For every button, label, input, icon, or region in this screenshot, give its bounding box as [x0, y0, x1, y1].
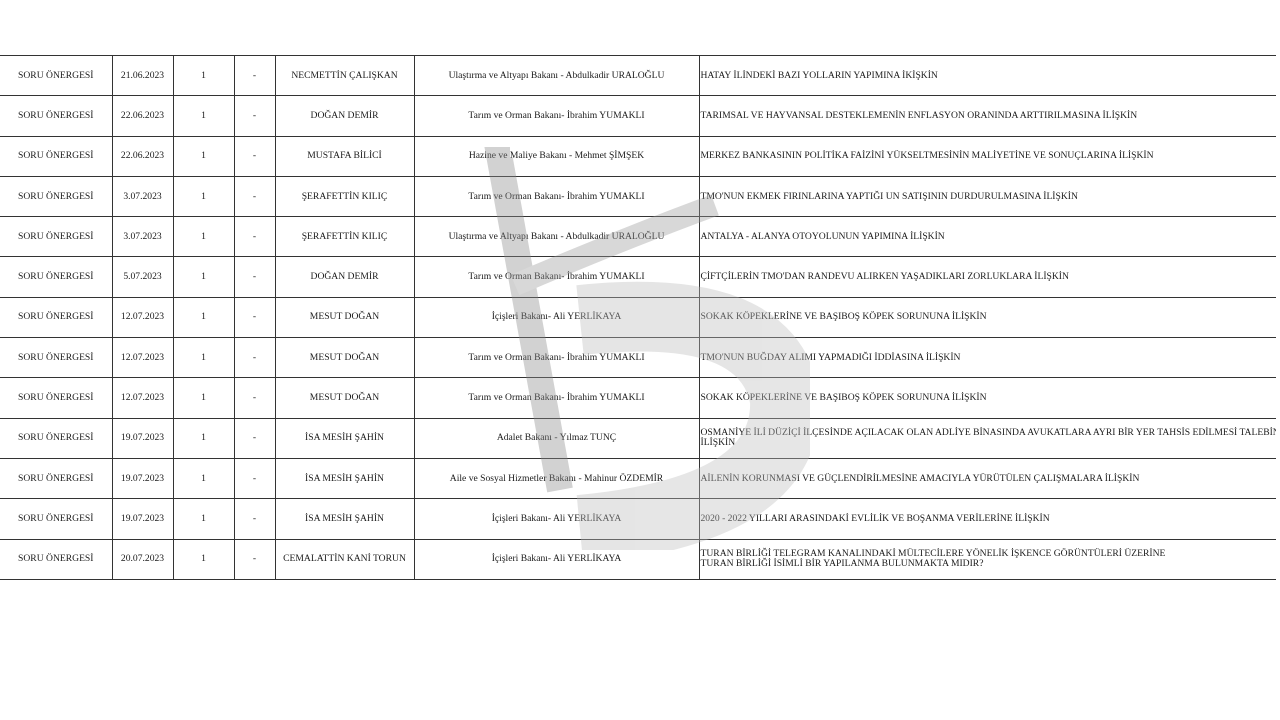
date-cell: 20.07.2023 — [112, 539, 173, 579]
table-row: SORU ÖNERGESİ19.07.20231-İSA MESİH ŞAHİN… — [0, 418, 1276, 458]
subject-text: TMO'NUN BUĞDAY ALIMI YAPMADIĞI İDDİASINA… — [701, 353, 1277, 363]
dash-cell: - — [234, 257, 275, 297]
count-cell: 1 — [173, 176, 234, 216]
subject-text: SOKAK KÖPEKLERİNE VE BAŞIBOŞ KÖPEK SORUN… — [701, 312, 1277, 322]
dash-cell: - — [234, 96, 275, 136]
minister-cell: İçişleri Bakanı- Ali YERLİKAYA — [414, 297, 699, 337]
question-type-cell: SORU ÖNERGESİ — [0, 338, 112, 378]
count-cell: 1 — [173, 56, 234, 96]
question-type-cell: SORU ÖNERGESİ — [0, 176, 112, 216]
minister-cell: Tarım ve Orman Bakanı- İbrahim YUMAKLI — [414, 338, 699, 378]
deputy-name-cell: MESUT DOĞAN — [275, 338, 414, 378]
count-cell: 1 — [173, 257, 234, 297]
table-row: SORU ÖNERGESİ21.06.20231-NECMETTİN ÇALIŞ… — [0, 56, 1276, 96]
question-type-cell: SORU ÖNERGESİ — [0, 297, 112, 337]
subject-cell: SOKAK KÖPEKLERİNE VE BAŞIBOŞ KÖPEK SORUN… — [699, 378, 1276, 418]
count-cell: 1 — [173, 96, 234, 136]
subject-cell: ANTALYA - ALANYA OTOYOLUNUN YAPIMINA İLİ… — [699, 217, 1276, 257]
subject-text: TMO'NUN EKMEK FIRINLARINA YAPTIĞI UN SAT… — [701, 192, 1277, 202]
minister-cell: Ulaştırma ve Altyapı Bakanı - Abdulkadir… — [414, 217, 699, 257]
table-row: SORU ÖNERGESİ3.07.20231-ŞERAFETTİN KILIÇ… — [0, 217, 1276, 257]
question-type-cell: SORU ÖNERGESİ — [0, 499, 112, 539]
question-type-cell: SORU ÖNERGESİ — [0, 257, 112, 297]
subject-text: SOKAK KÖPEKLERİNE VE BAŞIBOŞ KÖPEK SORUN… — [701, 393, 1277, 403]
table-row: SORU ÖNERGESİ19.07.20231-İSA MESİH ŞAHİN… — [0, 499, 1276, 539]
deputy-name-cell: DOĞAN DEMİR — [275, 96, 414, 136]
table-row: SORU ÖNERGESİ22.06.20231-MUSTAFA BİLİCİH… — [0, 136, 1276, 176]
count-cell: 1 — [173, 458, 234, 498]
date-cell: 3.07.2023 — [112, 217, 173, 257]
count-cell: 1 — [173, 338, 234, 378]
minister-cell: Adalet Bakanı - Yılmaz TUNÇ — [414, 418, 699, 458]
dash-cell: - — [234, 217, 275, 257]
minister-cell: Hazine ve Maliye Bakanı - Mehmet ŞİMŞEK — [414, 136, 699, 176]
subject-text: AİLENİN KORUNMASI VE GÜÇLENDİRİLMESİNE A… — [701, 474, 1277, 484]
date-cell: 5.07.2023 — [112, 257, 173, 297]
subject-cell: TMO'NUN BUĞDAY ALIMI YAPMADIĞI İDDİASINA… — [699, 338, 1276, 378]
deputy-name-cell: MESUT DOĞAN — [275, 378, 414, 418]
date-cell: 22.06.2023 — [112, 136, 173, 176]
subject-text: HATAY İLİNDEKİ BAZI YOLLARIN YAPIMINA İK… — [701, 71, 1277, 81]
deputy-name-cell: DOĞAN DEMİR — [275, 257, 414, 297]
subject-cell: MERKEZ BANKASININ POLİTİKA FAİZİNİ YÜKSE… — [699, 136, 1276, 176]
minister-cell: İçişleri Bakanı- Ali YERLİKAYA — [414, 539, 699, 579]
deputy-name-cell: İSA MESİH ŞAHİN — [275, 418, 414, 458]
subject-cell: AİLENİN KORUNMASI VE GÜÇLENDİRİLMESİNE A… — [699, 458, 1276, 498]
parliamentary-questions-table: SORU ÖNERGESİ21.06.20231-NECMETTİN ÇALIŞ… — [0, 55, 1276, 580]
question-type-cell: SORU ÖNERGESİ — [0, 96, 112, 136]
dash-cell: - — [234, 458, 275, 498]
dash-cell: - — [234, 338, 275, 378]
subject-text: TURAN BİRLİĞİ TELEGRAM KANALINDAKİ MÜLTE… — [701, 549, 1277, 569]
subject-text: 2020 - 2022 YILLARI ARASINDAKİ EVLİLİK V… — [701, 514, 1277, 524]
question-type-cell: SORU ÖNERGESİ — [0, 56, 112, 96]
subject-cell: TURAN BİRLİĞİ TELEGRAM KANALINDAKİ MÜLTE… — [699, 539, 1276, 579]
dash-cell: - — [234, 297, 275, 337]
date-cell: 19.07.2023 — [112, 418, 173, 458]
deputy-name-cell: NECMETTİN ÇALIŞKAN — [275, 56, 414, 96]
subject-cell: HATAY İLİNDEKİ BAZI YOLLARIN YAPIMINA İK… — [699, 56, 1276, 96]
dash-cell: - — [234, 499, 275, 539]
count-cell: 1 — [173, 539, 234, 579]
subject-cell: ÇİFTÇİLERİN TMO'DAN RANDEVU ALIRKEN YAŞA… — [699, 257, 1276, 297]
minister-cell: Aile ve Sosyal Hizmetler Bakanı - Mahinu… — [414, 458, 699, 498]
table-row: SORU ÖNERGESİ3.07.20231-ŞERAFETTİN KILIÇ… — [0, 176, 1276, 216]
dash-cell: - — [234, 418, 275, 458]
date-cell: 12.07.2023 — [112, 378, 173, 418]
subject-text: TARIMSAL VE HAYVANSAL DESTEKLEMENİN ENFL… — [701, 111, 1277, 121]
deputy-name-cell: MUSTAFA BİLİCİ — [275, 136, 414, 176]
minister-cell: Tarım ve Orman Bakanı- İbrahim YUMAKLI — [414, 96, 699, 136]
count-cell: 1 — [173, 499, 234, 539]
question-type-cell: SORU ÖNERGESİ — [0, 539, 112, 579]
parliamentary-questions-table-container: SORU ÖNERGESİ21.06.20231-NECMETTİN ÇALIŞ… — [0, 55, 1276, 580]
deputy-name-cell: ŞERAFETTİN KILIÇ — [275, 176, 414, 216]
table-row: SORU ÖNERGESİ22.06.20231-DOĞAN DEMİRTarı… — [0, 96, 1276, 136]
date-cell: 22.06.2023 — [112, 96, 173, 136]
subject-text: ÇİFTÇİLERİN TMO'DAN RANDEVU ALIRKEN YAŞA… — [701, 272, 1277, 282]
minister-cell: Tarım ve Orman Bakanı- İbrahim YUMAKLI — [414, 257, 699, 297]
table-row: SORU ÖNERGESİ5.07.20231-DOĞAN DEMİRTarım… — [0, 257, 1276, 297]
subject-text: ANTALYA - ALANYA OTOYOLUNUN YAPIMINA İLİ… — [701, 232, 1277, 242]
date-cell: 21.06.2023 — [112, 56, 173, 96]
subject-cell: TMO'NUN EKMEK FIRINLARINA YAPTIĞI UN SAT… — [699, 176, 1276, 216]
question-type-cell: SORU ÖNERGESİ — [0, 136, 112, 176]
date-cell: 12.07.2023 — [112, 297, 173, 337]
table-row: SORU ÖNERGESİ12.07.20231-MESUT DOĞANTarı… — [0, 378, 1276, 418]
dash-cell: - — [234, 136, 275, 176]
dash-cell: - — [234, 56, 275, 96]
count-cell: 1 — [173, 418, 234, 458]
minister-cell: Tarım ve Orman Bakanı- İbrahim YUMAKLI — [414, 378, 699, 418]
date-cell: 3.07.2023 — [112, 176, 173, 216]
deputy-name-cell: İSA MESİH ŞAHİN — [275, 458, 414, 498]
subject-cell: OSMANİYE İLİ DÜZİÇİ İLÇESİNDE AÇILACAK O… — [699, 418, 1276, 458]
table-row: SORU ÖNERGESİ12.07.20231-MESUT DOĞANTarı… — [0, 338, 1276, 378]
table-body: SORU ÖNERGESİ21.06.20231-NECMETTİN ÇALIŞ… — [0, 56, 1276, 580]
date-cell: 12.07.2023 — [112, 338, 173, 378]
table-row: SORU ÖNERGESİ20.07.20231-CEMALATTİN KANİ… — [0, 539, 1276, 579]
subject-cell: TARIMSAL VE HAYVANSAL DESTEKLEMENİN ENFL… — [699, 96, 1276, 136]
deputy-name-cell: ŞERAFETTİN KILIÇ — [275, 217, 414, 257]
deputy-name-cell: MESUT DOĞAN — [275, 297, 414, 337]
question-type-cell: SORU ÖNERGESİ — [0, 458, 112, 498]
dash-cell: - — [234, 539, 275, 579]
date-cell: 19.07.2023 — [112, 499, 173, 539]
question-type-cell: SORU ÖNERGESİ — [0, 418, 112, 458]
minister-cell: Tarım ve Orman Bakanı- İbrahim YUMAKLI — [414, 176, 699, 216]
question-type-cell: SORU ÖNERGESİ — [0, 217, 112, 257]
count-cell: 1 — [173, 297, 234, 337]
subject-cell: SOKAK KÖPEKLERİNE VE BAŞIBOŞ KÖPEK SORUN… — [699, 297, 1276, 337]
minister-cell: İçişleri Bakanı- Ali YERLİKAYA — [414, 499, 699, 539]
subject-text: OSMANİYE İLİ DÜZİÇİ İLÇESİNDE AÇILACAK O… — [701, 428, 1277, 448]
minister-cell: Ulaştırma ve Altyapı Bakanı - Abdulkadir… — [414, 56, 699, 96]
count-cell: 1 — [173, 378, 234, 418]
deputy-name-cell: İSA MESİH ŞAHİN — [275, 499, 414, 539]
count-cell: 1 — [173, 217, 234, 257]
table-row: SORU ÖNERGESİ12.07.20231-MESUT DOĞANİçiş… — [0, 297, 1276, 337]
dash-cell: - — [234, 176, 275, 216]
dash-cell: - — [234, 378, 275, 418]
date-cell: 19.07.2023 — [112, 458, 173, 498]
subject-text: MERKEZ BANKASININ POLİTİKA FAİZİNİ YÜKSE… — [701, 151, 1277, 161]
deputy-name-cell: CEMALATTİN KANİ TORUN — [275, 539, 414, 579]
subject-cell: 2020 - 2022 YILLARI ARASINDAKİ EVLİLİK V… — [699, 499, 1276, 539]
question-type-cell: SORU ÖNERGESİ — [0, 378, 112, 418]
count-cell: 1 — [173, 136, 234, 176]
table-row: SORU ÖNERGESİ19.07.20231-İSA MESİH ŞAHİN… — [0, 458, 1276, 498]
